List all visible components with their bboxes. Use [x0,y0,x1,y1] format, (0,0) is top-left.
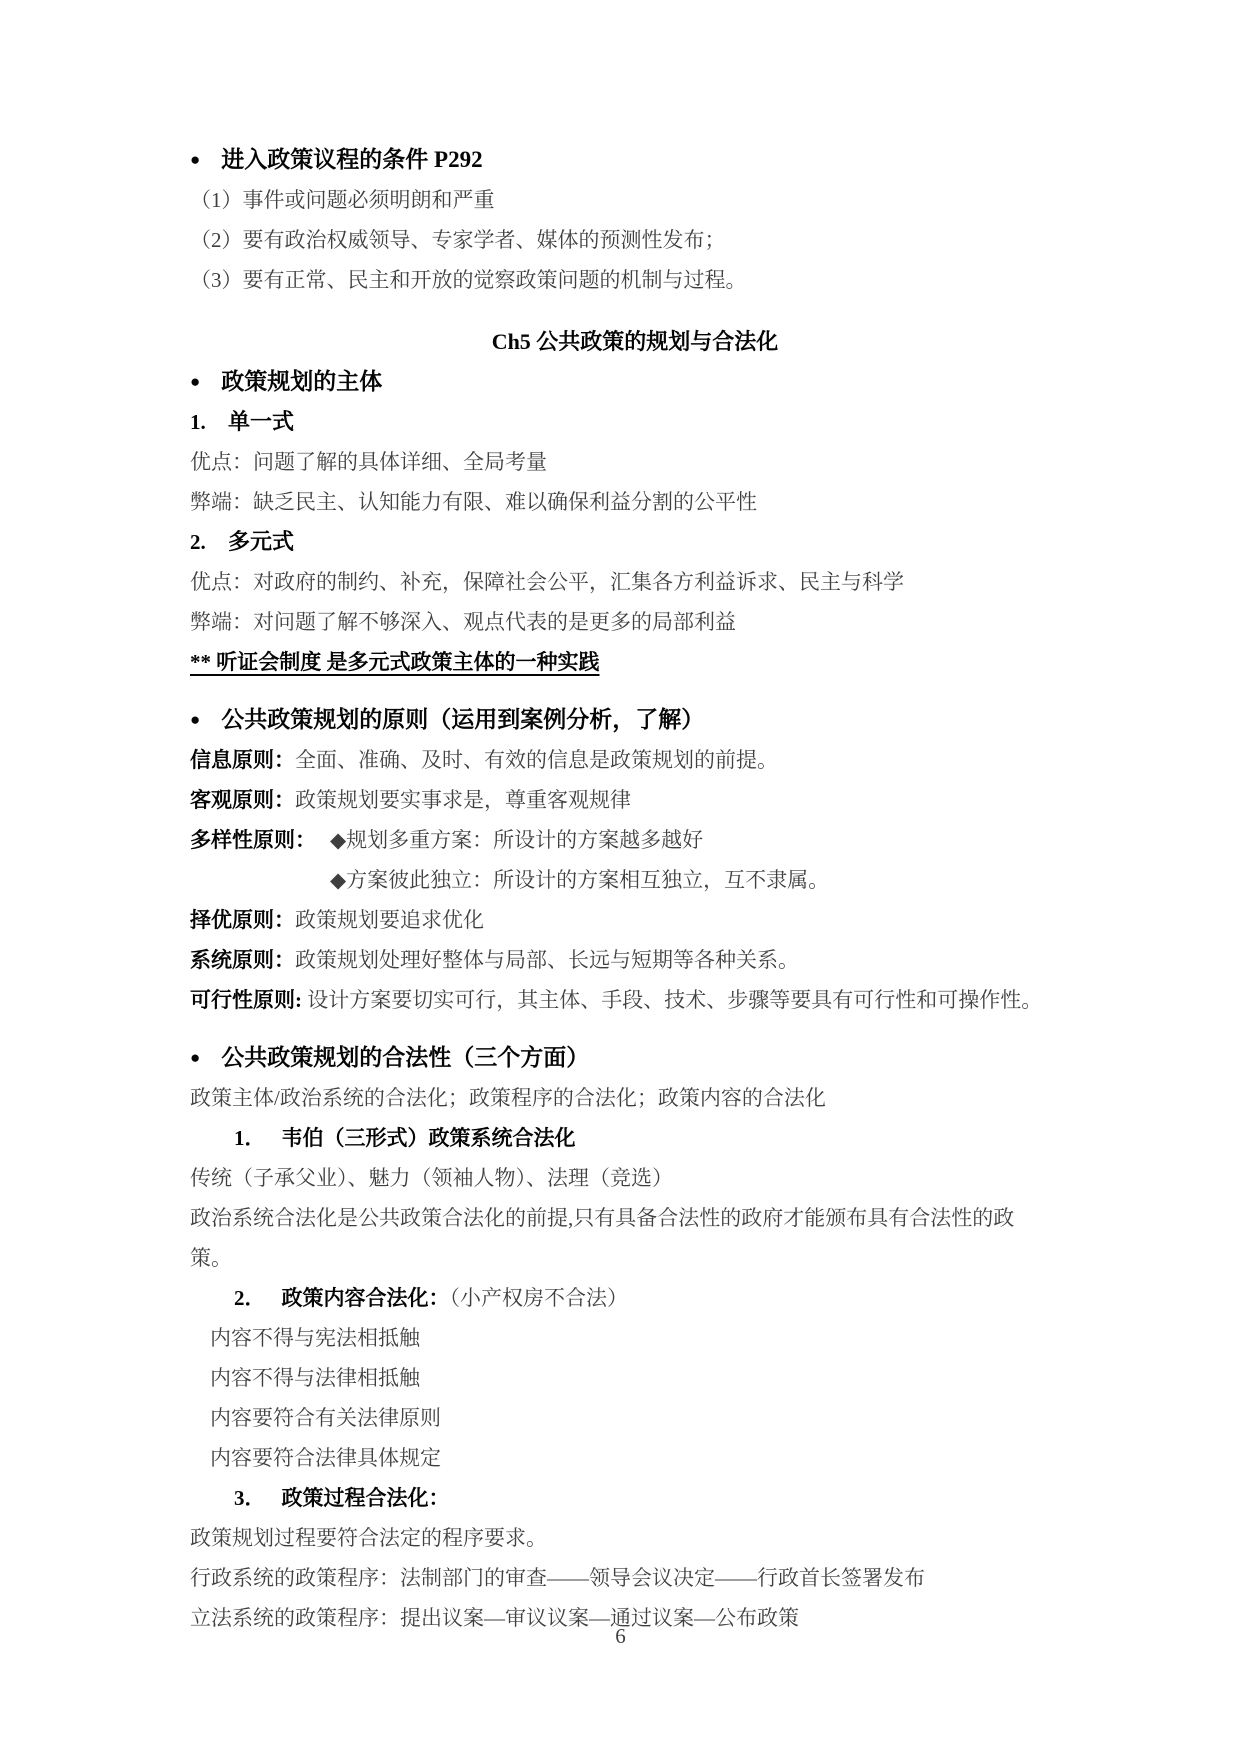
heading-text: 公共政策规划的原则（运用到案例分析，了解） [221,707,704,732]
pros-label: 优点： [190,570,253,594]
principle-feasibility: 可行性原则: 设计方案要切实可行，其主体、手段、技术、步骤等要具有可行性和可操作… [190,980,1080,1020]
item-number: 2． [234,1286,266,1310]
heading-text: 公共政策规划的合法性（三个方面） [221,1045,589,1070]
procedure-text: 法制部门的审查——领导会议决定——行政首长签署发布 [400,1566,925,1590]
process-requirement: 政策规划过程要符合法定的程序要求。 [190,1518,1080,1558]
numbered-heading-single-mode: 1.单一式 [190,402,1080,442]
agenda-condition-2: （2）要有政治权威领导、专家学者、媒体的预测性发布； [190,220,1080,260]
section-heading-legitimacy: ●公共政策规划的合法性（三个方面） [190,1038,1080,1078]
content-rule-4: 内容要符合法律具体规定 [190,1438,1080,1478]
principle-text: 政策规划要追求优化 [295,908,484,932]
principle-information: 信息原则：全面、准确、及时、有效的信息是政策规划的前提。 [190,740,1080,780]
content-rule-2: 内容不得与法律相抵触 [190,1358,1080,1398]
principle-label: 信息原则： [190,748,295,772]
content-rule-3: 内容要符合有关法律原则 [190,1398,1080,1438]
principle-label: 可行性原则: [190,988,302,1012]
bullet-icon: ● [190,1038,200,1078]
content-rule-1: 内容不得与宪法相抵触 [190,1318,1080,1358]
principle-system: 系统原则：政策规划处理好整体与局部、长远与短期等各种关系。 [190,940,1080,980]
principle-text: 政策规划处理好整体与局部、长远与短期等各种关系。 [295,948,799,972]
principle-label: 客观原则： [190,788,295,812]
section-heading-agenda-conditions: ●进入政策议程的条件 P292 [190,140,1080,180]
item-number: 3． [234,1486,266,1510]
legitimacy-intro: 政策主体/政治系统的合法化；政策程序的合法化；政策内容的合法化 [190,1078,1080,1118]
procedure-label: 行政系统的政策程序： [190,1566,400,1590]
cons-text: 缺乏民主、认知能力有限、难以确保利益分割的公平性 [253,490,757,514]
principle-label: 多样性原则： [190,828,316,852]
agenda-condition-3: （3）要有正常、民主和开放的觉察政策问题的机制与过程。 [190,260,1080,300]
principle-label: 择优原则： [190,908,295,932]
subheading-content-legitimation: 2．政策内容合法化：（小产权房不合法） [190,1278,1080,1318]
plural-mode-pros: 优点：对政府的制约、补充，保障社会公平，汇集各方利益诉求、民主与科学 [190,562,1080,602]
single-mode-pros: 优点：问题了解的具体详细、全局考量 [190,442,1080,482]
item-title: 韦伯（三形式）政策系统合法化 [282,1126,576,1150]
diamond-item-text: ◆方案彼此独立：所设计的方案相互独立，互不隶属。 [330,868,829,892]
principle-optimization: 择优原则：政策规划要追求优化 [190,900,1080,940]
pros-label: 优点： [190,450,253,474]
principle-diversity-2: ◆方案彼此独立：所设计的方案相互独立，互不隶属。 [190,860,1080,900]
subheading-weber: 1．韦伯（三形式）政策系统合法化 [190,1118,1080,1158]
principle-text: 全面、准确、及时、有效的信息是政策规划的前提。 [295,748,778,772]
single-mode-cons: 弊端：缺乏民主、认知能力有限、难以确保利益分割的公平性 [190,482,1080,522]
heading-text: 政策规划的主体 [221,369,382,394]
cons-label: 弊端： [190,490,253,514]
item-title: 政策过程合法化： [282,1486,450,1510]
pros-text: 问题了解的具体详细、全局考量 [253,450,547,474]
bullet-icon: ● [190,140,200,180]
chapter-title: Ch5 公共政策的规划与合法化 [190,322,1080,362]
item-number: 2. [190,522,228,562]
agenda-condition-1: （1）事件或问题必须明朗和严重 [190,180,1080,220]
document-page: ●进入政策议程的条件 P292 （1）事件或问题必须明朗和严重 （2）要有政治权… [0,0,1241,1754]
cons-text: 对问题了解不够深入、观点代表的是更多的局部利益 [253,610,736,634]
section-heading-planning-principles: ●公共政策规划的原则（运用到案例分析，了解） [190,700,1080,740]
weber-premise-1: 政治系统合法化是公共政策合法化的前提,只有具备合法性的政府才能颁布具有合法性的政 [190,1198,1080,1238]
bullet-icon: ● [190,700,200,740]
item-note: （小产权房不合法） [450,1286,629,1310]
principle-text: 设计方案要切实可行，其主体、手段、技术、步骤等要具有可行性和可操作性。 [307,988,1042,1012]
subheading-process-legitimation: 3．政策过程合法化： [190,1478,1080,1518]
process-admin: 行政系统的政策程序：法制部门的审查——领导会议决定——行政首长签署发布 [190,1558,1080,1598]
item-title: 单一式 [228,409,294,434]
weber-premise-2: 策。 [190,1238,1080,1278]
item-title: 多元式 [228,529,294,554]
principle-diversity: 多样性原则：◆规划多重方案：所设计的方案越多越好 [190,820,1080,860]
item-title: 政策内容合法化： [282,1286,450,1310]
item-number: 1. [190,402,228,442]
heading-text: 进入政策议程的条件 P292 [221,147,482,172]
document-content: ●进入政策议程的条件 P292 （1）事件或问题必须明朗和严重 （2）要有政治权… [190,140,1080,1638]
pros-text: 对政府的制约、补充，保障社会公平，汇集各方利益诉求、民主与科学 [253,570,904,594]
diamond-item-text: ◆规划多重方案：所设计的方案越多越好 [330,828,703,852]
numbered-heading-plural-mode: 2.多元式 [190,522,1080,562]
principle-label: 系统原则： [190,948,295,972]
page-number: 6 [0,1616,1241,1656]
weber-forms: 传统（子承父业）、魅力（领袖人物）、法理（竞选） [190,1158,1080,1198]
plural-mode-cons: 弊端：对问题了解不够深入、观点代表的是更多的局部利益 [190,602,1080,642]
cons-label: 弊端： [190,610,253,634]
hearing-system-note: ** 听证会制度 是多元式政策主体的一种实践 [190,642,1080,682]
section-heading-planning-subjects: ●政策规划的主体 [190,362,1080,402]
principle-objectivity: 客观原则：政策规划要实事求是，尊重客观规律 [190,780,1080,820]
bullet-icon: ● [190,362,200,402]
principle-text: 政策规划要实事求是，尊重客观规律 [295,788,631,812]
item-number: 1． [234,1126,266,1150]
